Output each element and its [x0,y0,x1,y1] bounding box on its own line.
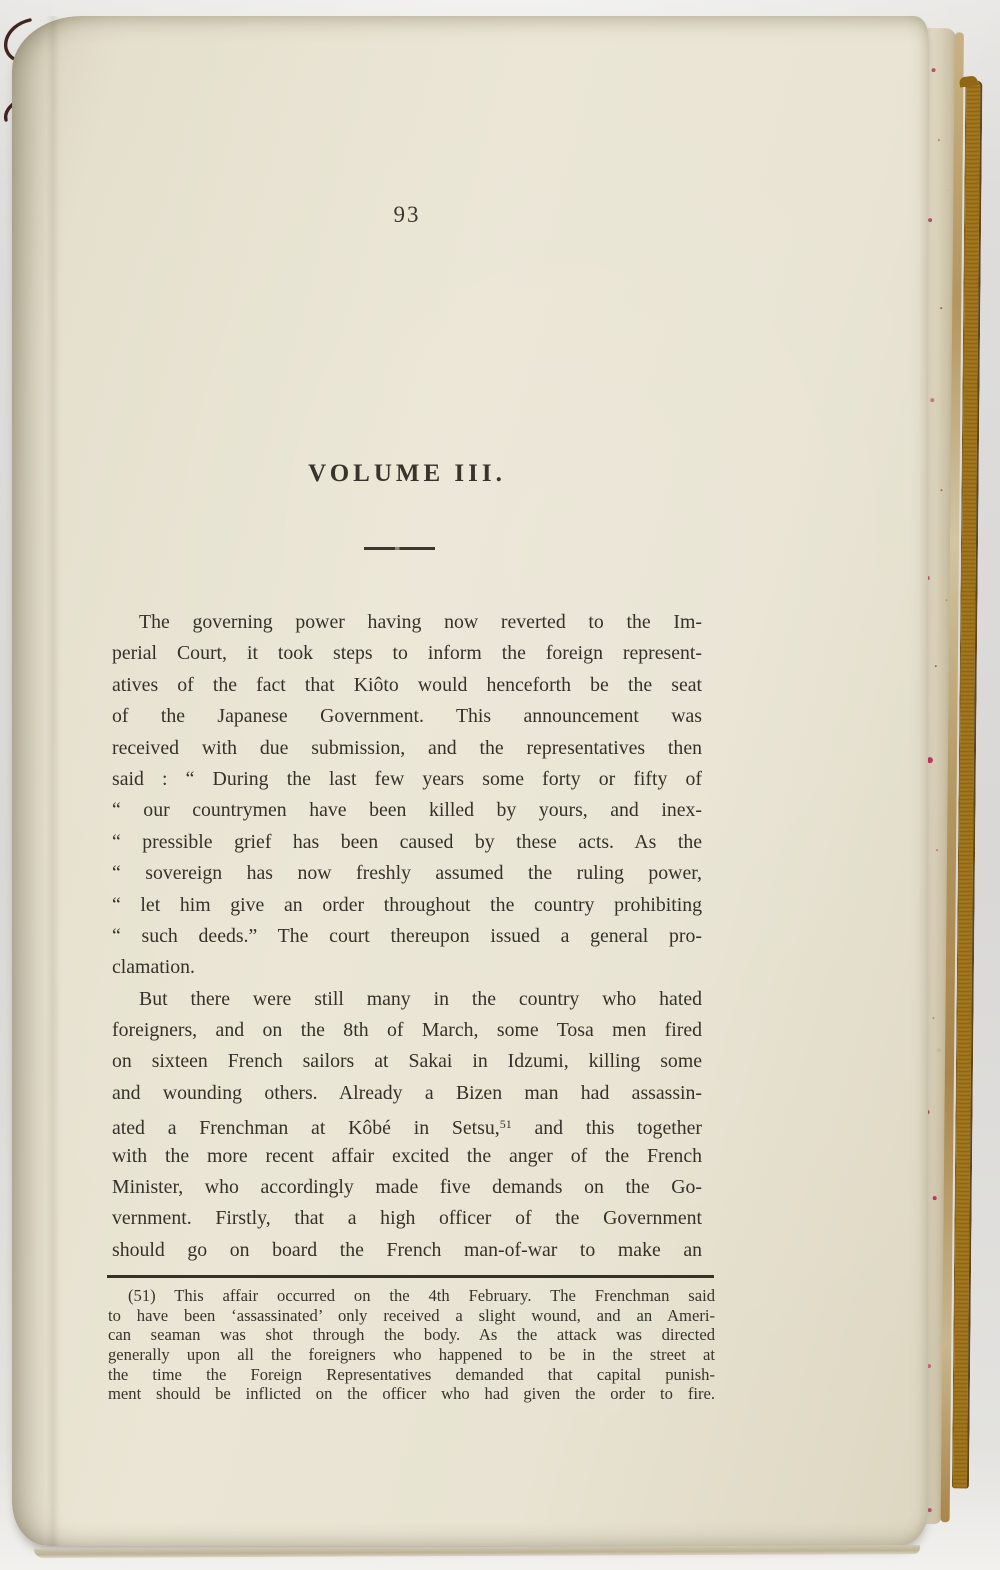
text-segment: and this together [512,1117,702,1139]
footnote-line: ment should be inflicted on the officer … [108,1384,715,1404]
text-line: vernment. Firstly, that a high officer o… [112,1203,702,1234]
footnote-line: (51) This affair occurred on the 4th Feb… [108,1286,715,1306]
text-line: “ such deeds.” The court thereupon issue… [112,921,702,952]
photo: 93 VOLUME III. The governing power havin… [0,0,1000,1570]
bottom-page-edges [34,1545,920,1558]
volume-heading: VOLUME III. [112,460,702,488]
text-line: should go on board the French man-of-war… [112,1235,702,1266]
text-line: said : “ During the last few years some … [112,764,702,795]
footnote-separator [107,1275,714,1278]
text-line: “ sovereign has now freshly assumed the … [112,858,702,889]
fore-edge-specks [932,68,936,72]
page-number: 93 [112,202,702,228]
body-text: The governing power having now reverted … [112,607,702,1266]
footnote: (51) This affair occurred on the 4th Feb… [108,1286,715,1404]
footnote-reference: 51 [500,1117,512,1131]
text-line: of the Japanese Government. This announc… [112,701,702,732]
footnote-line: can seaman was shot through the body. As… [108,1325,715,1345]
text-segment: ated a Frenchman at Kôbé in Setsu, [112,1117,500,1139]
book: 93 VOLUME III. The governing power havin… [0,0,1000,1570]
text-line: received with due submission, and the re… [112,733,702,764]
text-line: on sixteen French sailors at Sakai in Id… [112,1046,702,1077]
heading-rule [364,547,435,550]
text-line: clamation. [112,952,702,983]
footnote-line: to have been ‘assassinated’ only receive… [108,1306,715,1326]
text-line: Minister, who accordingly made five dema… [112,1172,702,1203]
text-line: atives of the fact that Kiôto would henc… [112,670,702,701]
text-line: The governing power having now reverted … [112,607,702,638]
text-line: “ pressible grief has been caused by the… [112,827,702,858]
footnote-line: generally upon all the foreigners who ha… [108,1345,715,1365]
text-line: with the more recent affair excited the … [112,1141,702,1172]
page: 93 VOLUME III. The governing power havin… [12,16,928,1546]
text-line-with-footnote-ref: ated a Frenchman at Kôbé in Setsu,51 and… [112,1109,702,1140]
text-line: But there were still many in the country… [112,984,702,1015]
text-line: and wounding others. Already a Bizen man… [112,1078,702,1109]
photo-background: { "page": { "number": "93", "heading": "… [0,0,1000,1570]
text-line: foreigners, and on the 8th of March, som… [112,1015,702,1046]
text-line: perial Court, it took steps to inform th… [112,638,702,669]
text-line: “ let him give an order throughout the c… [112,890,702,921]
text-line: “ our countrymen have been killed by you… [112,795,702,826]
footnote-line: the time the Foreign Representatives dem… [108,1365,715,1385]
